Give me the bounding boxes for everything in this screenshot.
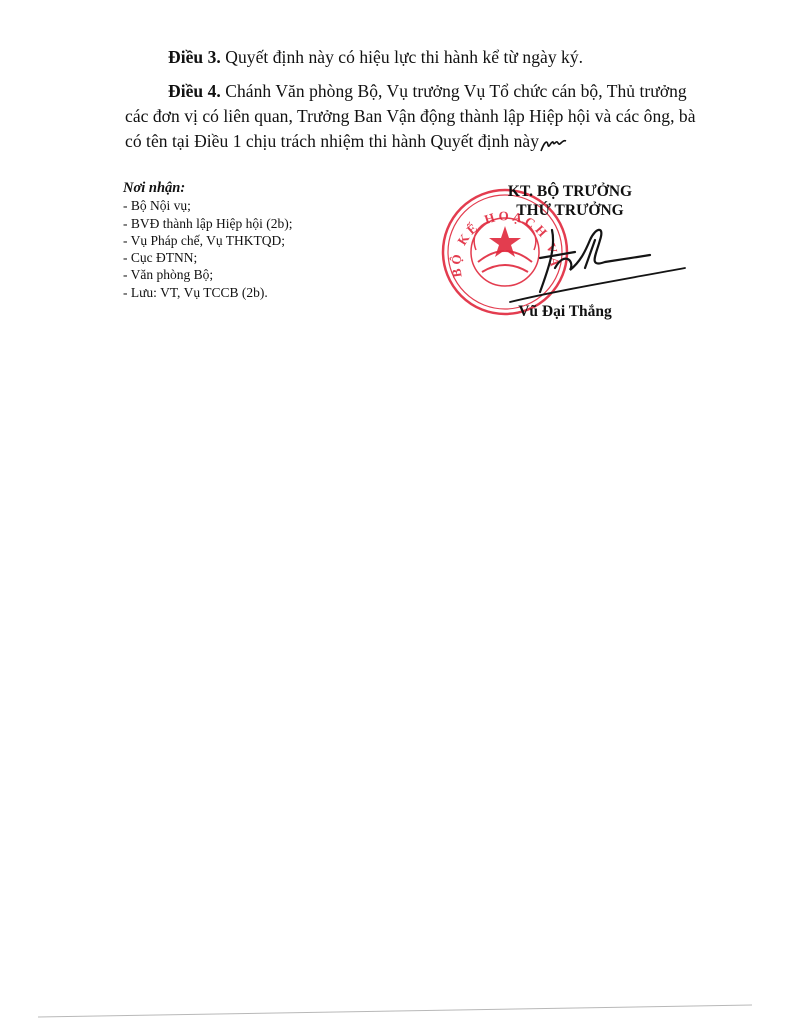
recipient-item: - Văn phòng Bộ;: [123, 266, 292, 283]
article-4-text-1: Chánh Văn phòng Bộ, Vụ trưởng Vụ Tổ chức…: [221, 81, 687, 101]
page-scan-edge: [0, 0, 800, 1035]
signer-name: Vũ Đại Thắng: [455, 303, 675, 321]
article-4-line-2: các đơn vị có liên quan, Trưởng Ban Vận …: [125, 106, 696, 127]
article-4-line-3: có tên tại Điều 1 chịu trách nhiệm thi h…: [125, 131, 567, 153]
article-4-label: Điều 4.: [168, 81, 221, 101]
handwritten-signature-icon: [0, 0, 800, 1035]
recipient-item: - BVĐ thành lập Hiệp hội (2b);: [123, 215, 292, 232]
recipients-heading: Nơi nhận:: [123, 180, 292, 197]
article-4-line-1: Điều 4. Chánh Văn phòng Bộ, Vụ trưởng Vụ…: [168, 81, 687, 102]
signer-title-2: THỨ TRƯỞNG: [455, 202, 685, 220]
signer-title-1: KT. BỘ TRƯỞNG: [455, 183, 685, 201]
recipient-item: - Vụ Pháp chế, Vụ THKTQD;: [123, 232, 292, 249]
article-3: Điều 3. Quyết định này có hiệu lực thi h…: [168, 47, 583, 68]
initials-mark-icon: [539, 133, 567, 153]
recipient-item: - Cục ĐTNN;: [123, 249, 292, 266]
stamp-seal-icon: BỘ KẾ HOẠCH VÀ ĐẦU TƯ: [0, 0, 800, 1035]
article-3-label: Điều 3.: [168, 47, 221, 67]
article-3-text: Quyết định này có hiệu lực thi hành kể t…: [221, 47, 583, 67]
article-4-text-3: có tên tại Điều 1 chịu trách nhiệm thi h…: [125, 131, 539, 151]
recipient-item: - Lưu: VT, Vụ TCCB (2b).: [123, 284, 292, 301]
recipient-item: - Bộ Nội vụ;: [123, 197, 292, 214]
recipients-block: Nơi nhận: - Bộ Nội vụ; - BVĐ thành lập H…: [123, 180, 292, 301]
